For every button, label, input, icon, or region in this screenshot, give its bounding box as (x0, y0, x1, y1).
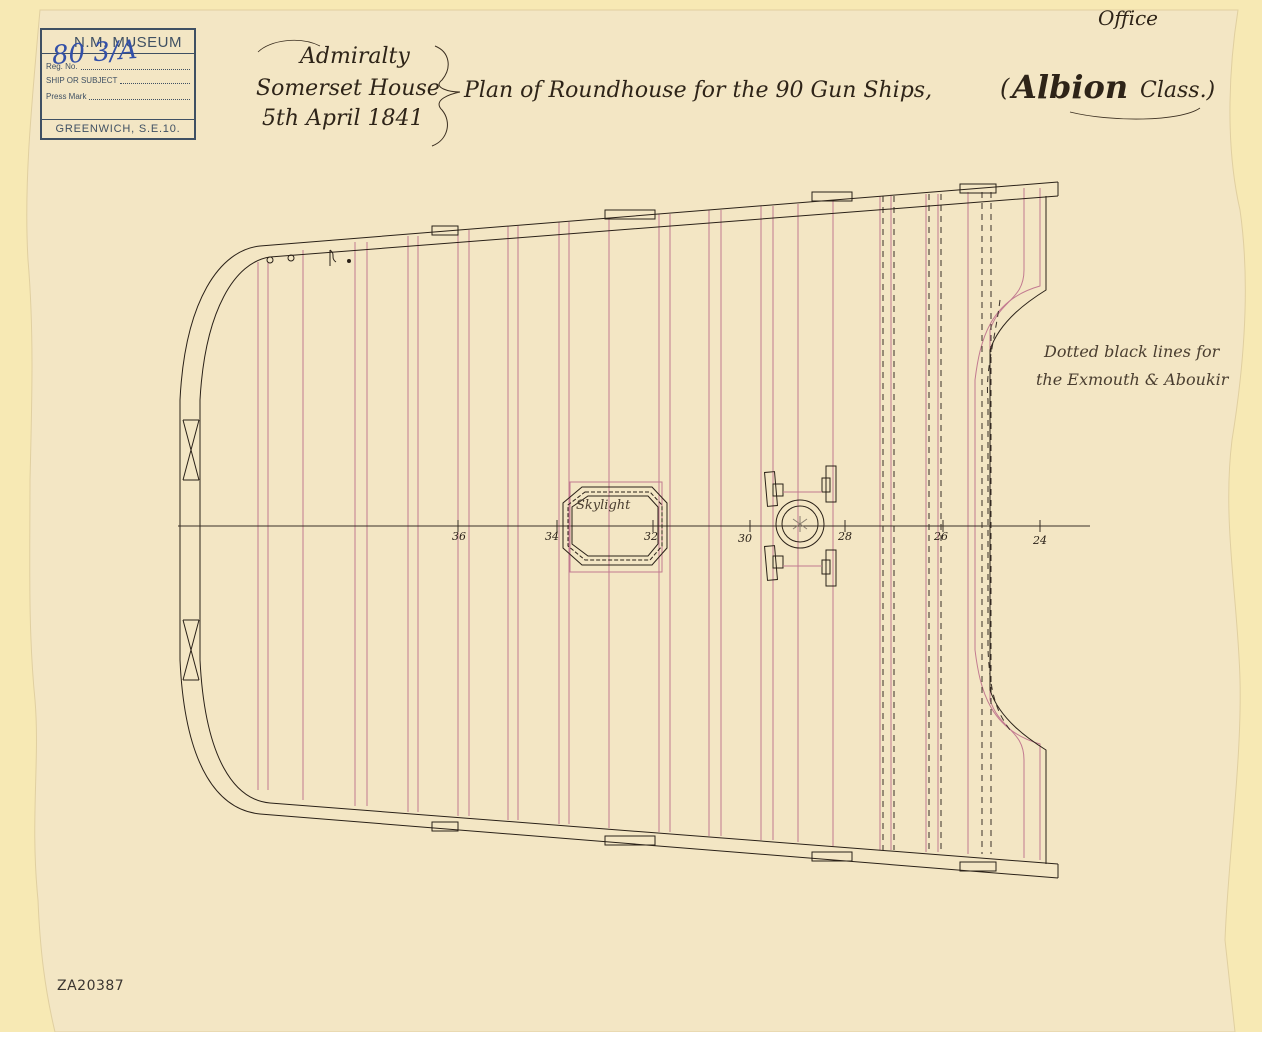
station-36: 36 (452, 530, 466, 543)
red-plank-lines (258, 188, 1040, 860)
roundhouse-plan-drawing (0, 0, 1280, 1039)
station-30: 30 (738, 532, 752, 545)
station-24: 24 (1033, 534, 1047, 547)
skylight-label: Skylight (576, 498, 630, 513)
document-page: N.M. MUSEUM Reg. No. SHIP OR SUBJECT Pre… (0, 0, 1280, 1039)
station-34: 34 (545, 530, 559, 543)
station-28: 28 (838, 530, 852, 543)
station-32: 32 (644, 530, 658, 543)
skylight (563, 482, 667, 572)
station-26: 26 (934, 530, 948, 543)
catalogue-reference: ZA20387 (57, 978, 124, 994)
dotted-black-lines (883, 192, 1010, 854)
